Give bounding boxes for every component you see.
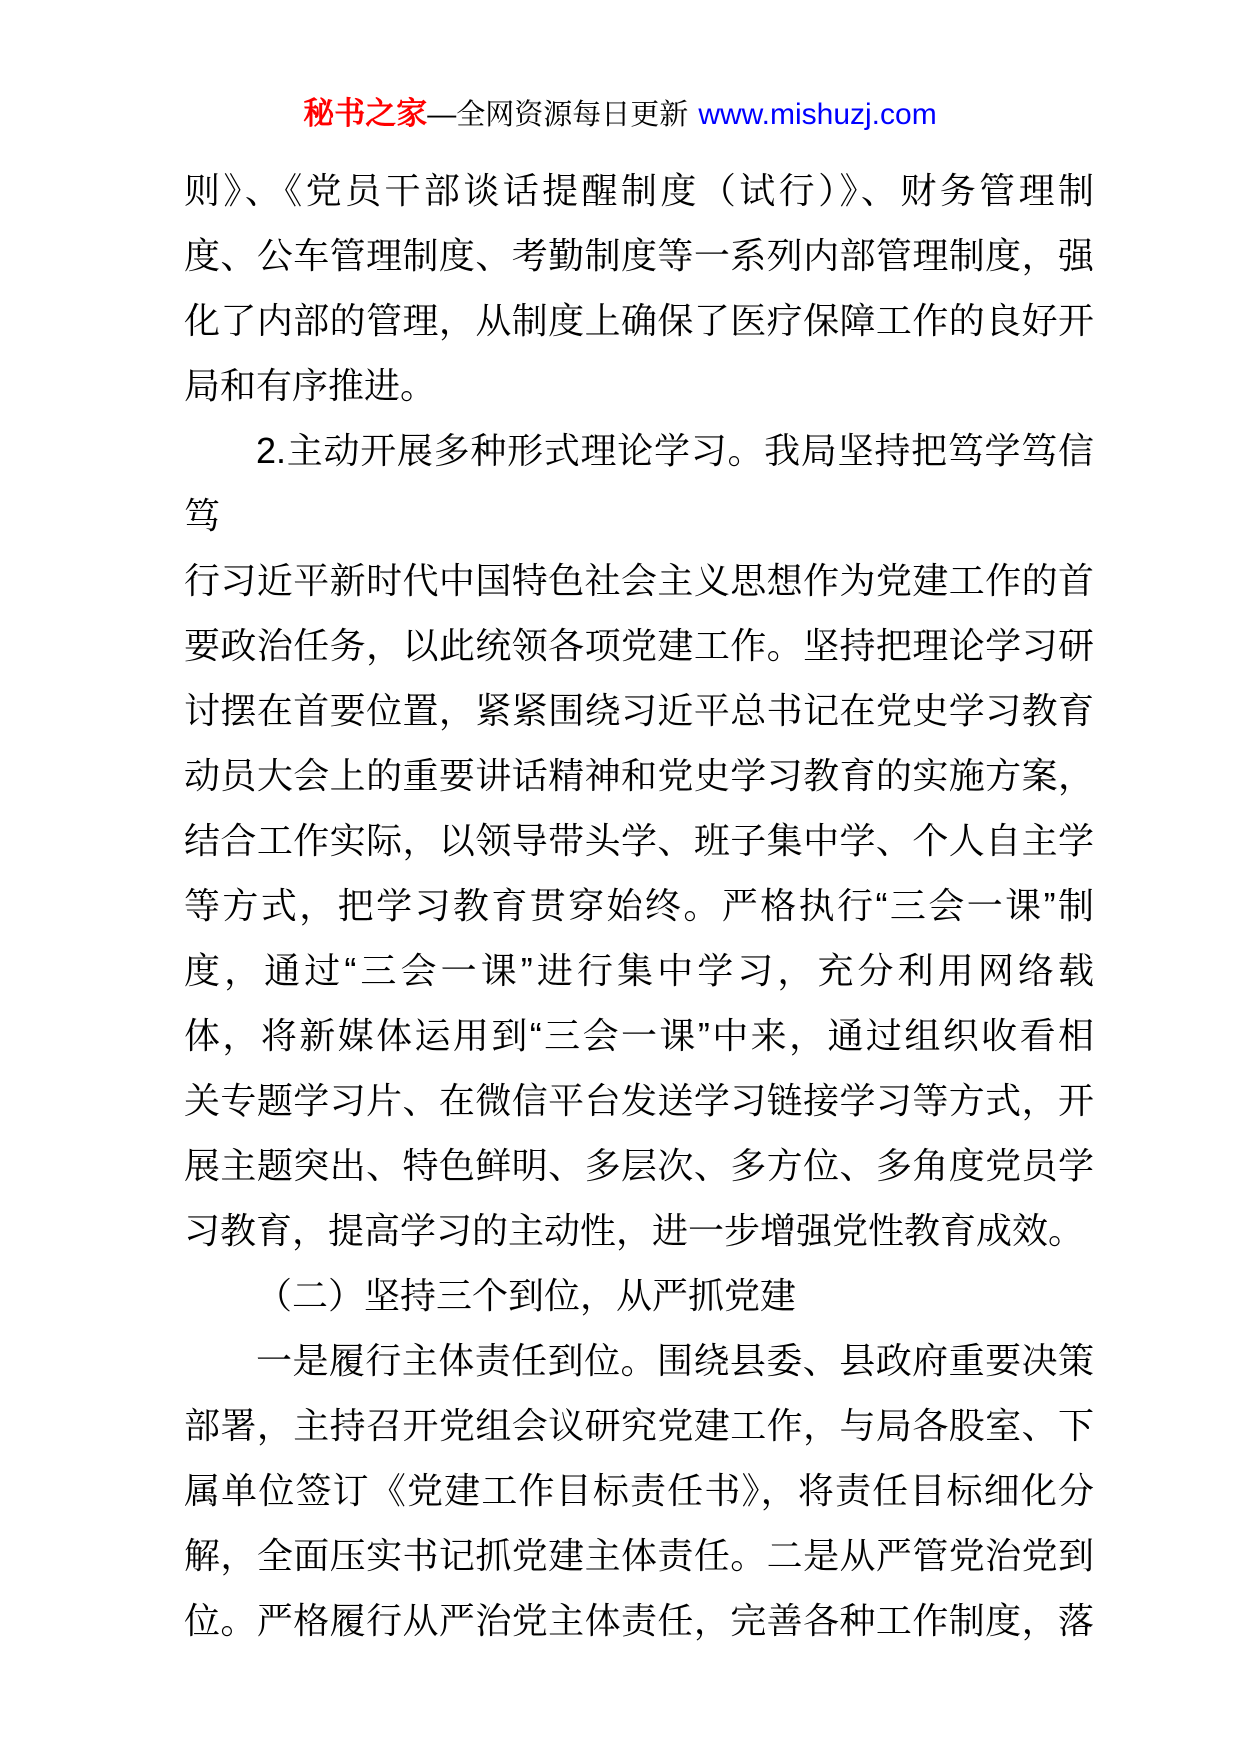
page-header: 秘书之家—全网资源每日更新www.mishuzj.com xyxy=(0,0,1240,140)
document-page: 秘书之家—全网资源每日更新www.mishuzj.com 则》、《党员干部谈话提… xyxy=(0,0,1240,1754)
text-line: 则》、《党员干部谈话提醒制度（试行）》、财务管理制 xyxy=(184,158,1094,223)
text-line: 行习近平新时代中国特色社会主义思想作为党建工作的首 xyxy=(184,548,1094,613)
text-line: 结合工作实际，以领导带头学、班子集中学、个人自主学 xyxy=(184,808,1094,873)
text-line: 度、公车管理制度、考勤制度等一系列内部管理制度，强 xyxy=(184,223,1094,288)
text-line: 习教育，提高学习的主动性，进一步增强党性教育成效。 xyxy=(184,1198,1094,1263)
text-line: 化了内部的管理，从制度上确保了医疗保障工作的良好开 xyxy=(184,288,1094,353)
text-line: 属单位签订《党建工作目标责任书》，将责任目标细化分 xyxy=(184,1458,1094,1523)
text-line: 一是履行主体责任到位。围绕县委、县政府重要决策 xyxy=(184,1328,1094,1393)
site-tagline: —全网资源每日更新 xyxy=(427,99,688,131)
text-line: 等方式，把学习教育贯穿始终。严格执行“三会一课”制 xyxy=(184,873,1094,938)
text-line: 2.主动开展多种形式理论学习。我局坚持把笃学笃信笃 xyxy=(184,418,1094,548)
site-url-link[interactable]: www.mishuzj.com xyxy=(698,98,936,131)
text-line: 体，将新媒体运用到“三会一课”中来，通过组织收看相 xyxy=(184,1003,1094,1068)
text-line: 展主题突出、特色鲜明、多层次、多方位、多角度党员学 xyxy=(184,1133,1094,1198)
text-line: 度，通过“三会一课”进行集中学习，充分利用网络载 xyxy=(184,938,1094,1003)
section-heading-line: （二）坚持三个到位，从严抓党建 xyxy=(184,1263,1094,1328)
text-line: 位。严格履行从严治党主体责任，完善各种工作制度，落 xyxy=(184,1588,1094,1653)
text-line: 关专题学习片、在微信平台发送学习链接学习等方式，开 xyxy=(184,1068,1094,1133)
text-line: 部署，主持召开党组会议研究党建工作，与局各股室、下 xyxy=(184,1393,1094,1458)
text-line: 要政治任务，以此统领各项党建工作。坚持把理论学习研 xyxy=(184,613,1094,678)
site-name: 秘书之家 xyxy=(303,96,427,131)
text-line: 解，全面压实书记抓党建主体责任。二是从严管党治党到 xyxy=(184,1523,1094,1588)
text-line: 讨摆在首要位置，紧紧围绕习近平总书记在党史学习教育 xyxy=(184,678,1094,743)
text-line: 局和有序推进。 xyxy=(184,353,1094,418)
text-line: 动员大会上的重要讲话精神和党史学习教育的实施方案， xyxy=(184,743,1094,808)
document-body: 则》、《党员干部谈话提醒制度（试行）》、财务管理制 度、公车管理制度、考勤制度等… xyxy=(184,158,1094,1653)
